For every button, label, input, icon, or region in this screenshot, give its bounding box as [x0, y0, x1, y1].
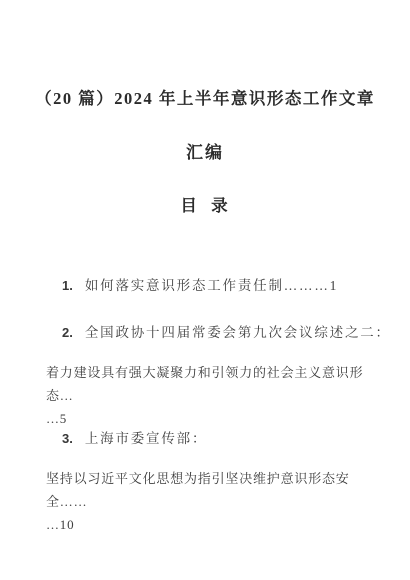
toc-continuation-line: …10: [46, 513, 376, 536]
document-page: （20 篇）2024 年上半年意识形态工作文章 汇编 目 录 1.如何落实意识形…: [0, 0, 410, 580]
toc-entry: 2.全国政协十四届常委会第九次会议综述之二：: [62, 321, 391, 341]
document-subtitle: 汇编: [0, 138, 410, 163]
toc-heading: 目 录: [0, 192, 410, 216]
document-title: （20 篇）2024 年上半年意识形态工作文章: [0, 85, 410, 109]
toc-continuation-line: 着力建设具有强大凝聚力和引领力的社会主义意识形态…: [46, 361, 376, 407]
toc-continuation: 着力建设具有强大凝聚力和引领力的社会主义意识形态… …5: [46, 361, 376, 430]
toc-continuation: 坚持以习近平文化思想为指引坚决维护意识形态安全…… …10: [46, 467, 376, 536]
entry-text: 上海市委宣传部：: [85, 431, 207, 446]
toc-entry: 1.如何落实意识形态工作责任制………1: [62, 274, 338, 294]
toc-continuation-line: 坚持以习近平文化思想为指引坚决维护意识形态安全……: [46, 467, 376, 513]
entry-number: 2.: [62, 325, 73, 340]
toc-entry: 3.上海市委宣传部：: [62, 427, 207, 447]
entry-text: 如何落实意识形态工作责任制………1: [85, 278, 338, 293]
entry-number: 1.: [62, 278, 73, 293]
entry-number: 3.: [62, 431, 73, 446]
entry-text: 全国政协十四届常委会第九次会议综述之二：: [85, 325, 391, 340]
